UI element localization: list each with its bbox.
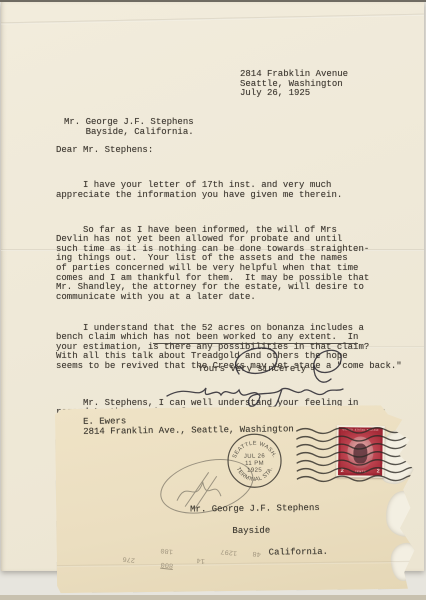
letter-heading-address: 2814 Frabklin AvenueSeattle, WashingtonJ… [240, 70, 348, 99]
envelope-crease [57, 561, 415, 567]
envelope-address-city: Bayside [232, 526, 270, 536]
letter-recipient-block: Mr. George J.F. Stephens Bayside, Califo… [64, 118, 194, 137]
paper-crease [1, 14, 424, 25]
postmark-stamp: SEATTLE WASH. TERMINAL STA. JUL 26 11 PM… [224, 430, 285, 491]
envelope-address-name: Mr. George J.F. Stephens [190, 503, 320, 515]
pencil-note: 180 [160, 545, 173, 554]
pencil-note: 276 [122, 554, 135, 563]
letter-paragraph: I have your letter of 17th inst. and ver… [56, 181, 402, 200]
background-edge [0, 595, 426, 600]
envelope: E. Ewers2814 Franklin Ave., Seattle, Was… [55, 405, 415, 593]
postmark-time: 11 PM [245, 461, 264, 467]
pencil-note: 48 [252, 548, 261, 556]
pencil-note: 14 [196, 555, 205, 563]
postmark-year: 1925 [247, 468, 262, 474]
pencil-note: 1297 [220, 546, 238, 555]
letter-salutation: Dear Mr. Stephens: [56, 146, 153, 156]
photo-scene: 2814 Frabklin AvenueSeattle, WashingtonJ… [0, 0, 426, 600]
handwritten-signature [164, 346, 349, 410]
envelope-address-state: California. [269, 547, 329, 558]
postmark-date: JUL 26 [244, 454, 266, 460]
pencil-note: 800 [160, 559, 173, 568]
letter-paragraph: So far as I have been informed, the will… [56, 226, 402, 303]
